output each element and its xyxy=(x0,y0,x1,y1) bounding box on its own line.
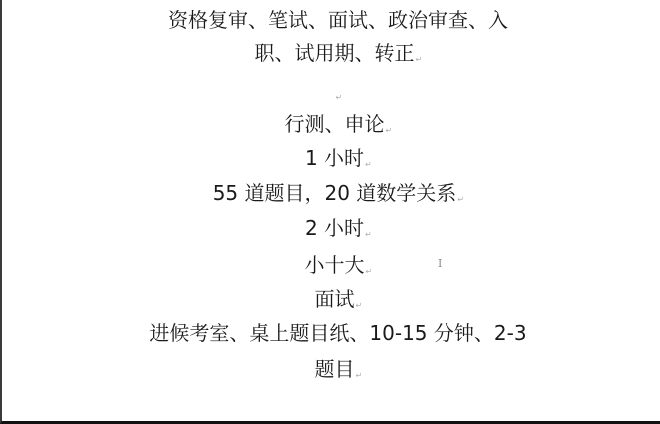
paragraph-7[interactable]: 2 小时 xyxy=(2,215,660,241)
text-cursor-icon: I xyxy=(438,258,444,270)
paragraph-mark-icon xyxy=(365,231,371,239)
paragraph-6[interactable]: 55 道题目，20 道数学关系 xyxy=(2,180,660,206)
paragraph-4[interactable]: 行测、申论 xyxy=(2,111,660,137)
paragraph-text: 资格复审、笔试、面试、政治审查、入 xyxy=(168,8,508,32)
paragraph-text: 职、试用期、转正 xyxy=(255,41,415,65)
paragraph-mark-icon xyxy=(366,268,372,276)
paragraph-mark-icon xyxy=(457,196,463,204)
paragraph-text: 行测、申论 xyxy=(285,112,385,136)
paragraph-mark-icon xyxy=(386,127,392,135)
paragraph-text: 55 道题目，20 道数学关系 xyxy=(213,181,457,205)
paragraph-10[interactable]: 进候考室、桌上题目纸、10-15 分钟、2-3 xyxy=(2,320,660,346)
paragraph-11[interactable]: 题目 xyxy=(2,356,660,382)
paragraph-text: 面试 xyxy=(315,287,355,311)
paragraph-2[interactable]: 职、试用期、转正 xyxy=(2,40,660,66)
paragraph-1[interactable]: 资格复审、笔试、面试、政治审查、入 xyxy=(2,7,660,33)
paragraph-text: 题目 xyxy=(315,357,355,381)
paragraph-mark-icon xyxy=(365,161,371,169)
paragraph-3-empty[interactable] xyxy=(2,78,660,104)
paragraph-mark-icon xyxy=(416,56,422,64)
paragraph-mark-icon xyxy=(336,94,342,102)
paragraph-mark-icon xyxy=(356,302,362,310)
paragraph-9[interactable]: 面试 xyxy=(2,286,660,312)
paragraph-mark-icon xyxy=(356,372,362,380)
paragraph-text: 2 小时 xyxy=(305,216,364,240)
paragraph-text: 进候考室、桌上题目纸、10-15 分钟、2-3 xyxy=(149,321,526,345)
document-page[interactable]: 资格复审、笔试、面试、政治审查、入 职、试用期、转正 行测、申论 1 小时 55… xyxy=(0,0,660,424)
paragraph-5[interactable]: 1 小时 xyxy=(2,145,660,171)
paragraph-8[interactable]: 小十大 xyxy=(2,252,660,278)
paragraph-text: 小十大 xyxy=(305,253,365,277)
paragraph-text: 1 小时 xyxy=(305,146,364,170)
